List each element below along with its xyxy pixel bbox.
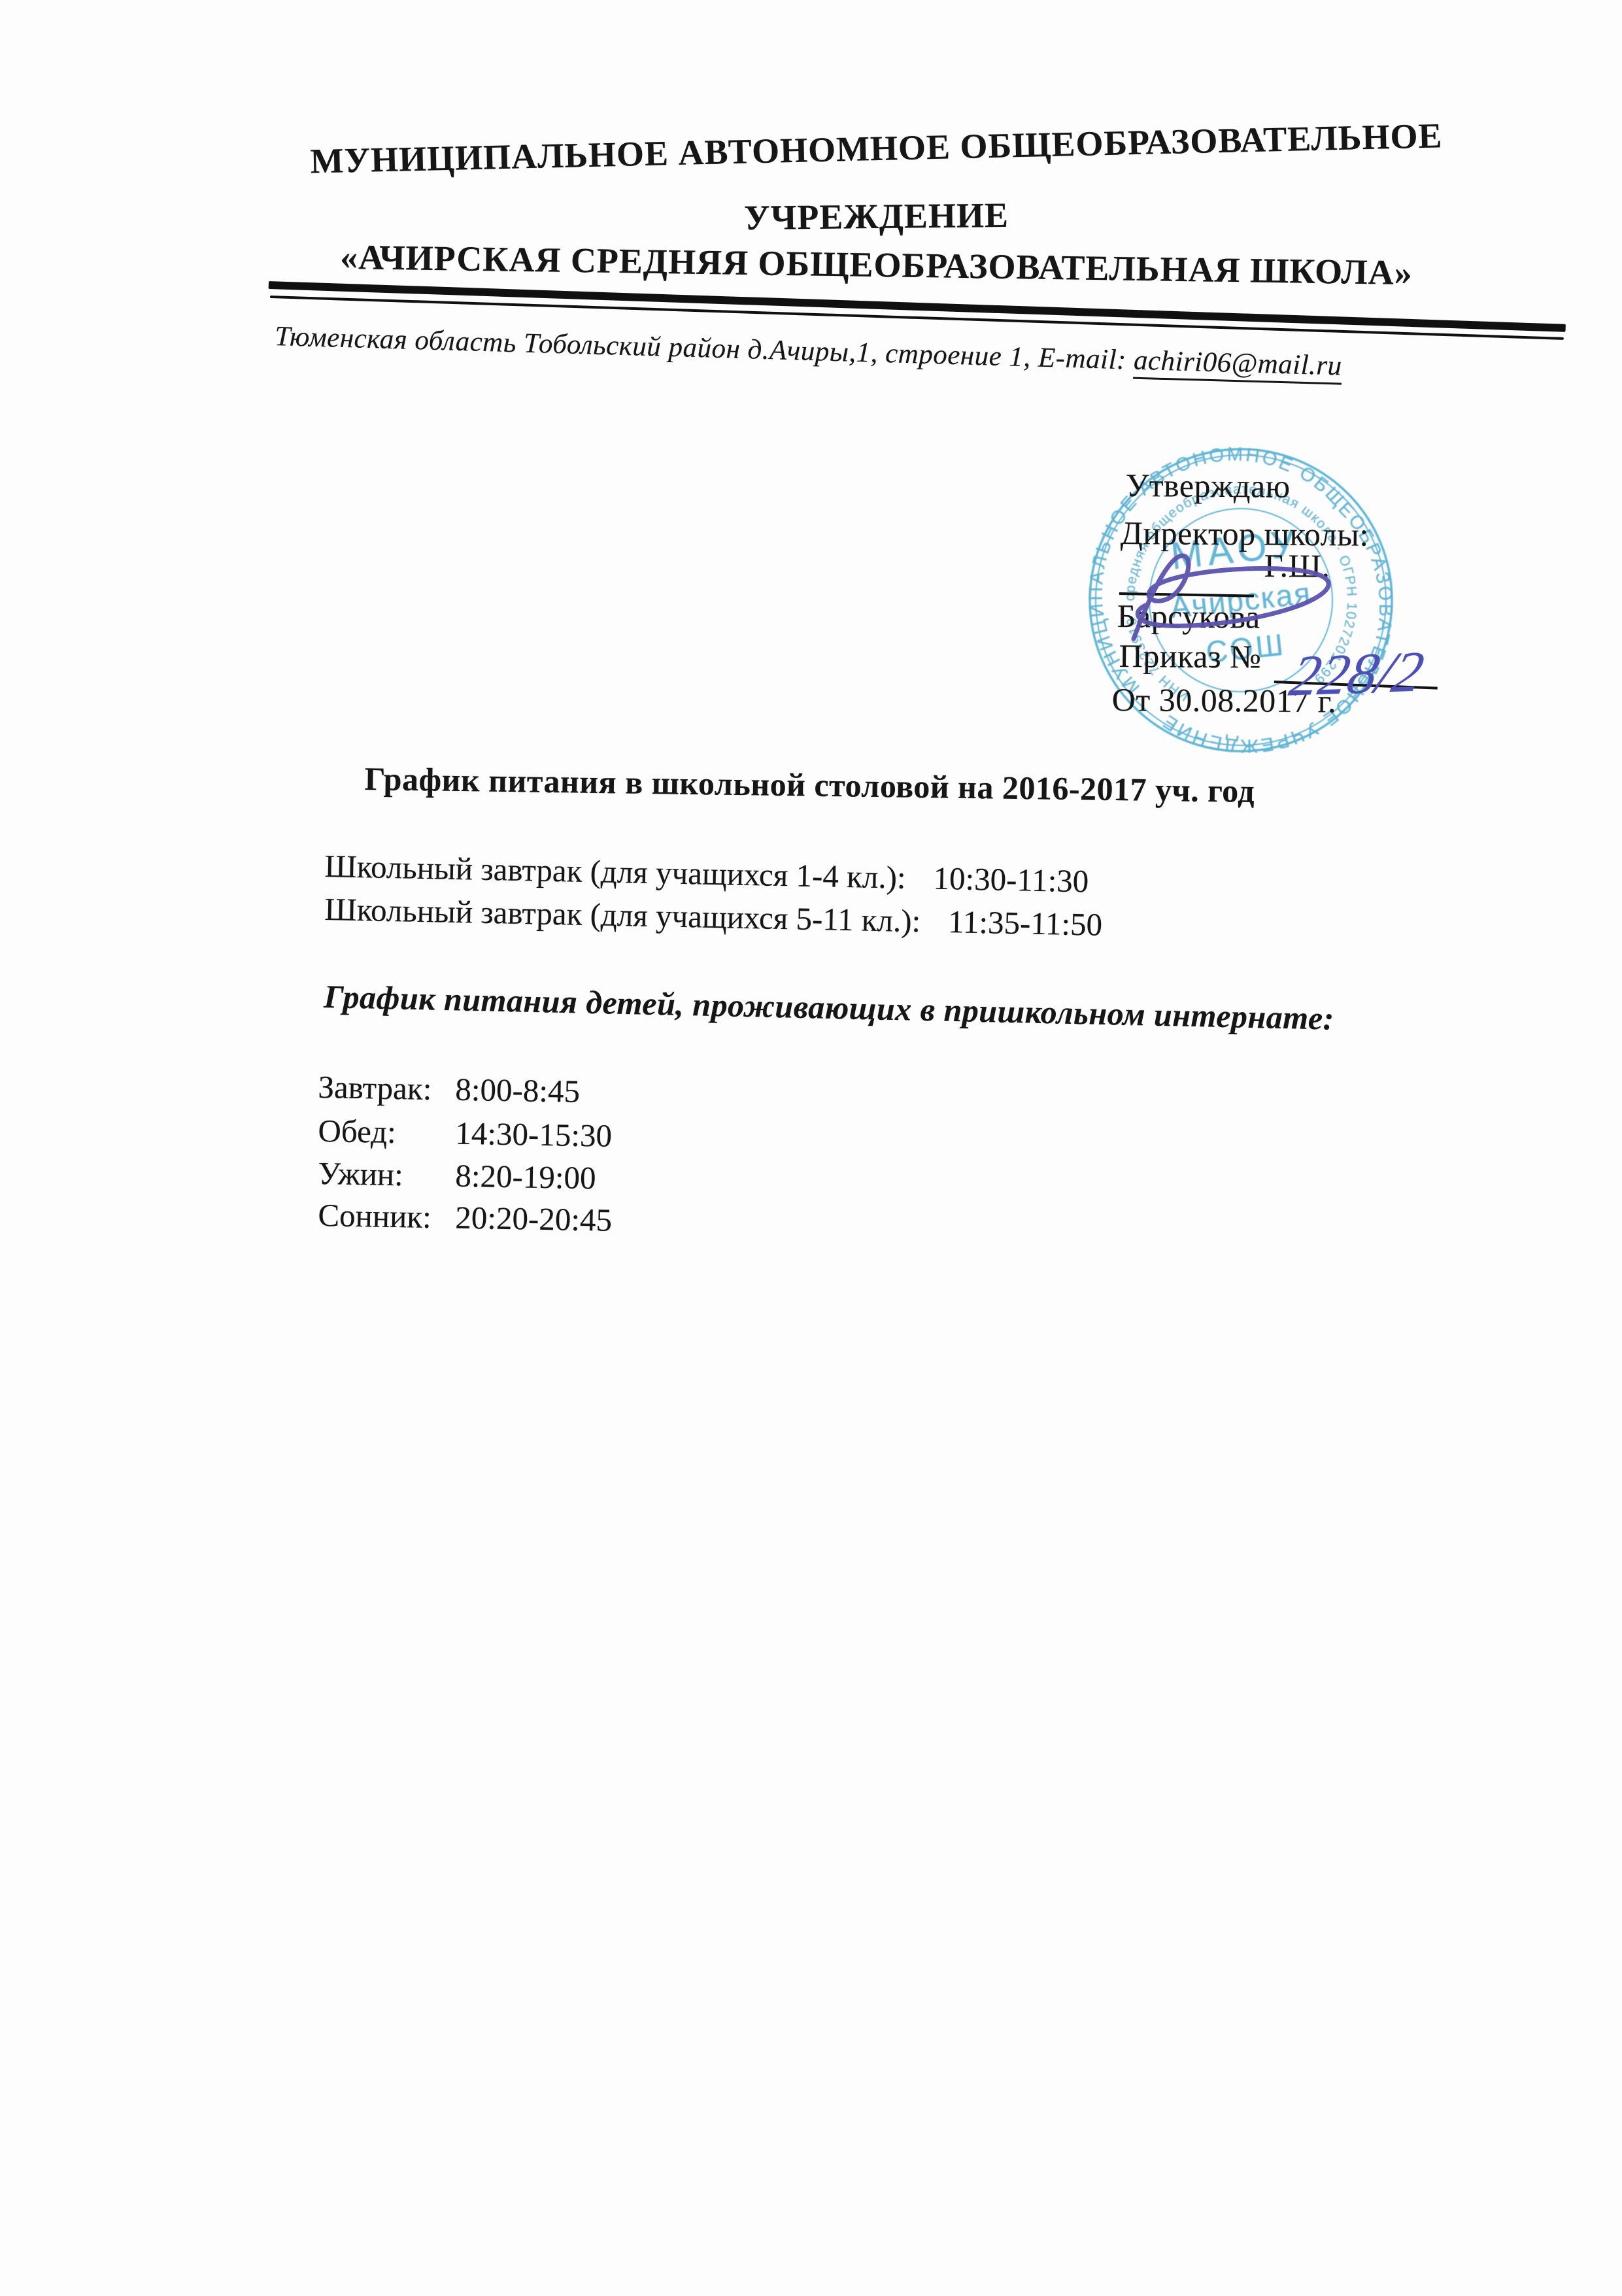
canteen-line-time: 10:30-11:30 (933, 860, 1089, 900)
canteen-line-text: Школьный завтрак (для учащихся 1-4 кл.): (324, 848, 906, 896)
canteen-line-text: Школьный завтрак (для учащихся 5-11 кл.)… (324, 891, 921, 939)
approve-word: Утверждаю (1126, 466, 1291, 505)
director-signature (1089, 531, 1351, 662)
canteen-schedule-line: Школьный завтрак (для учащихся 5-11 кл.)… (324, 890, 1103, 943)
meal-time: 8:20-19:00 (455, 1158, 596, 1196)
canteen-line-time: 11:35-11:50 (948, 903, 1103, 943)
meal-label: Обед: (318, 1112, 456, 1152)
boarding-schedule-row: Завтрак:8:00-8:45 (318, 1068, 580, 1110)
canteen-schedule-line: Школьный завтрак (для учащихся 1-4 кл.):… (324, 847, 1089, 900)
address-text: Тюменская область Тобольский район д.Ачи… (275, 321, 1134, 376)
meal-time: 14:30-15:30 (455, 1115, 612, 1154)
meal-label: Завтрак: (318, 1068, 456, 1108)
address-line: Тюменская область Тобольский район д.Ачи… (275, 320, 1343, 382)
meal-time: 20:20-20:45 (455, 1200, 612, 1238)
meal-label: Ужин: (318, 1155, 456, 1194)
email-link: achiri06@mail.ru (1133, 345, 1342, 385)
scanned-document-page: МУНИЦИПАЛЬНОЕ АВТОНОМНОЕ ОБЩЕОБРАЗОВАТЕЛ… (0, 0, 1622, 2296)
boarding-schedule-row: Ужин:8:20-19:00 (318, 1155, 596, 1196)
meal-time: 8:00-8:45 (455, 1072, 580, 1109)
meal-label: Сонник: (318, 1196, 456, 1236)
boarding-schedule-row: Сонник:20:20-20:45 (318, 1196, 612, 1239)
boarding-schedule-heading: График питания детей, проживающих в приш… (324, 977, 1335, 1038)
boarding-schedule-row: Обед:14:30-15:30 (318, 1112, 612, 1155)
org-name-line1: МУНИЦИПАЛЬНОЕ АВТОНОМНОЕ ОБЩЕОБРАЗОВАТЕЛ… (65, 110, 1622, 187)
